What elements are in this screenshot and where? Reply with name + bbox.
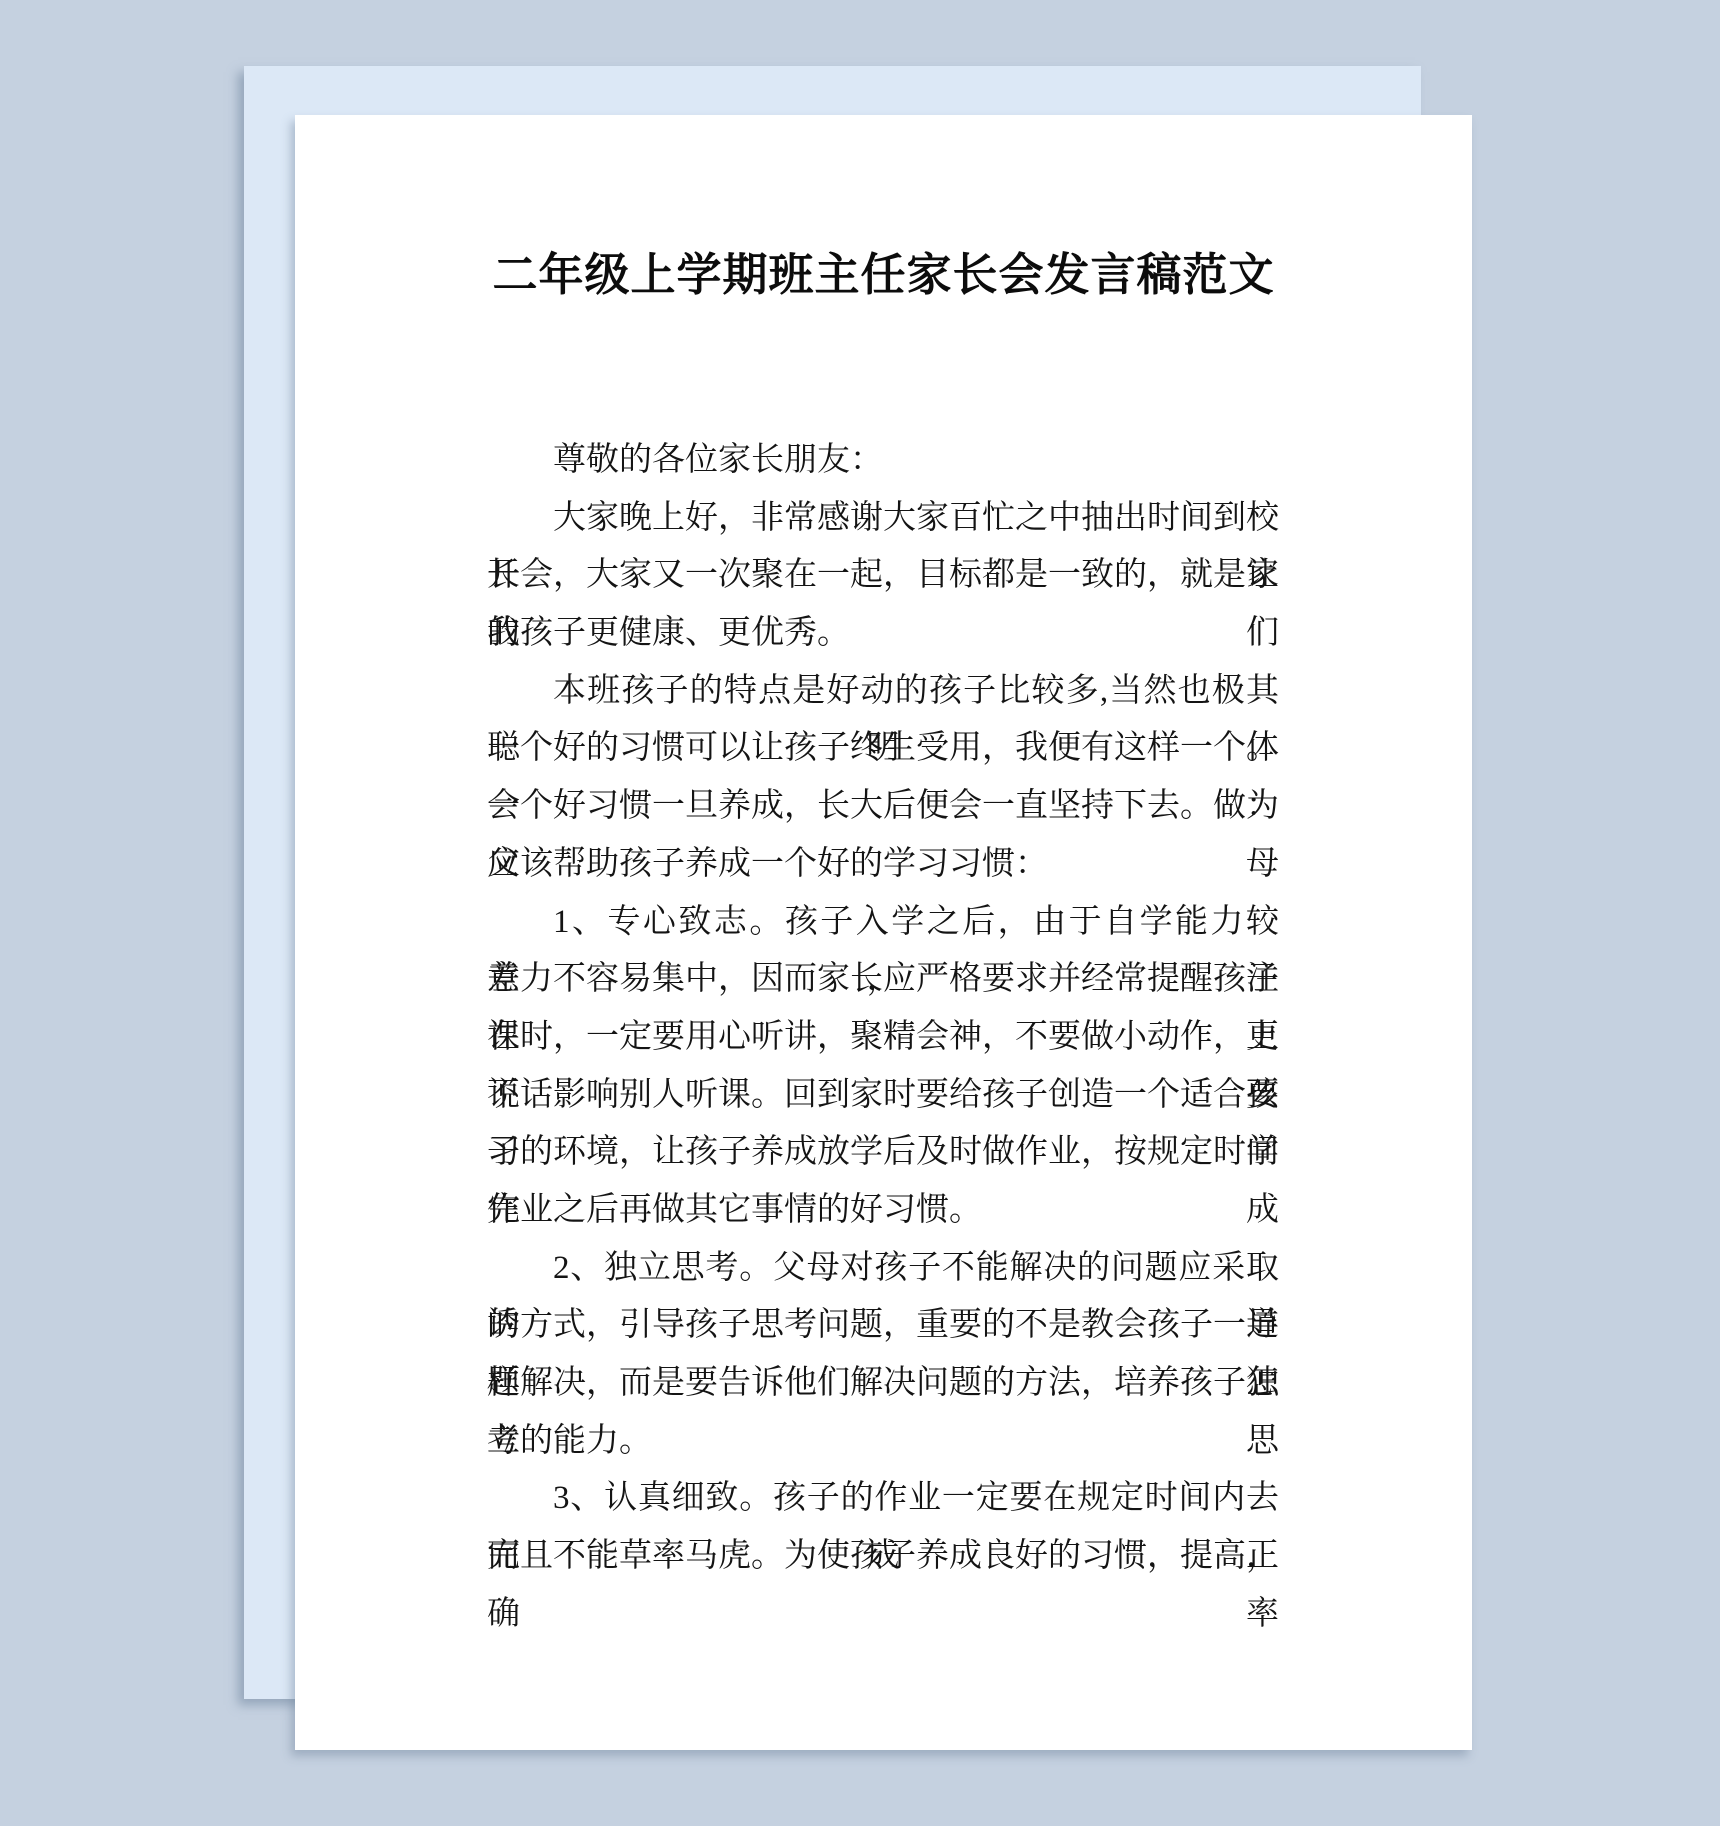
text-line-p3-l3: 一个好习惯一旦养成，长大后便会一直坚持下去。做为父母: [487, 778, 1279, 836]
text-line-p6-l1: 3、认真细致。孩子的作业一定要在规定时间内去完成，: [487, 1470, 1279, 1528]
document-page: 二年级上学期班主任家长会发言稿范文 尊敬的各位家长朋友：大家晚上好，非常感谢大家…: [295, 115, 1472, 1750]
text-line-p4-l1: 1、专心致志。孩子入学之后，由于自学能力较差，注: [487, 894, 1279, 952]
text-line-p5-l2: 的方式，引导孩子思考问题，重要的不是教会孩子一道题怎: [487, 1297, 1279, 1355]
desktop-background: 二年级上学期班主任家长会发言稿范文 尊敬的各位家长朋友：大家晚上好，非常感谢大家…: [0, 0, 1720, 1826]
text-line-p5-l1: 2、独立思考。父母对孩子不能解决的问题应采取诱导: [487, 1240, 1279, 1298]
text-line-p1-l1: 尊敬的各位家长朋友：: [487, 432, 1279, 490]
text-line-p3-l1: 本班孩子的特点是好动的孩子比较多,当然也极其聪明。: [487, 663, 1279, 721]
text-line-p4-l4: 说话影响别人听课。回到家时要给孩子创造一个适合孩子学: [487, 1067, 1279, 1125]
document-body: 尊敬的各位家长朋友：大家晚上好，非常感谢大家百忙之中抽出时间到校开家长会，大家又…: [487, 432, 1279, 1586]
text-line-p4-l2: 意力不容易集中，因而家长应严格要求并经常提醒孩子在上: [487, 951, 1279, 1009]
document-title: 二年级上学期班主任家长会发言稿范文: [295, 245, 1472, 305]
text-line-p6-l2: 而且不能草率马虎。为使孩子养成良好的习惯，提高正确率: [487, 1528, 1279, 1586]
text-line-p4-l5: 习的环境，让孩子养成放学后及时做作业，按规定时间完成: [487, 1124, 1279, 1182]
text-line-p5-l3: 样解决，而是要告诉他们解决问题的方法，培养孩子独立思: [487, 1355, 1279, 1413]
text-line-p2-l1: 大家晚上好，非常感谢大家百忙之中抽出时间到校开家: [487, 490, 1279, 548]
text-line-p2-l2: 长会，大家又一次聚在一起，目标都是一致的，就是让我们: [487, 547, 1279, 605]
text-line-p4-l3: 课时，一定要用心听讲，聚精会神，不要做小动作，更不要: [487, 1009, 1279, 1067]
text-line-p3-l2: 一个好的习惯可以让孩子终生受用，我便有这样一个体会：: [487, 720, 1279, 778]
